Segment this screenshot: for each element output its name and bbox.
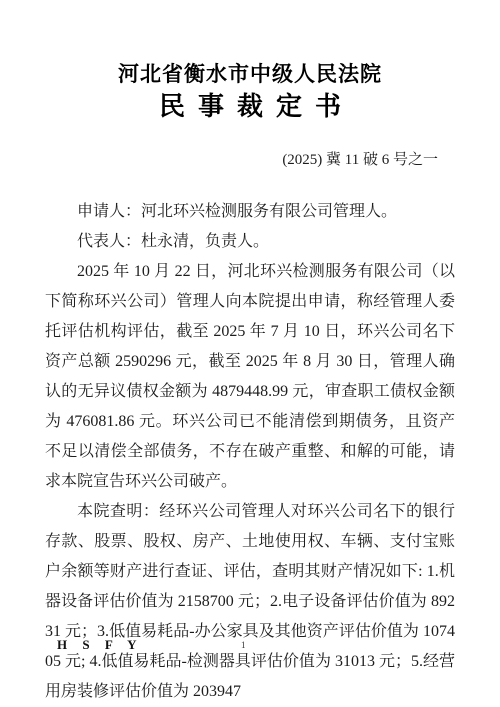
paragraph-application: 2025 年 10 月 22 日，河北环兴检测服务有限公司（以下简称环兴公司）管… xyxy=(45,257,455,497)
footer-code: H S F Y xyxy=(57,637,142,653)
case-number: (2025) 冀 11 破 6 号之一 xyxy=(0,150,500,170)
paragraph-representative: 代表人：杜永清，负责人。 xyxy=(45,227,455,257)
document-title: 民事裁定书 xyxy=(0,90,500,122)
paragraph-applicant: 申请人：河北环兴检测服务有限公司管理人。 xyxy=(45,197,455,227)
court-name: 河北省衡水市中级人民法院 xyxy=(0,62,500,88)
page-footer: H S F Y 1 xyxy=(0,637,500,657)
document-body: 申请人：河北环兴检测服务有限公司管理人。 代表人：杜永清，负责人。 2025 年… xyxy=(45,197,455,707)
court-ruling-document: 河北省衡水市中级人民法院 民事裁定书 (2025) 冀 11 破 6 号之一 申… xyxy=(0,0,500,707)
page-number: 1 xyxy=(241,640,246,650)
paragraph-findings: 本院查明：经环兴公司管理人对环兴公司名下的银行存款、股票、股权、房产、土地使用权… xyxy=(45,497,455,707)
